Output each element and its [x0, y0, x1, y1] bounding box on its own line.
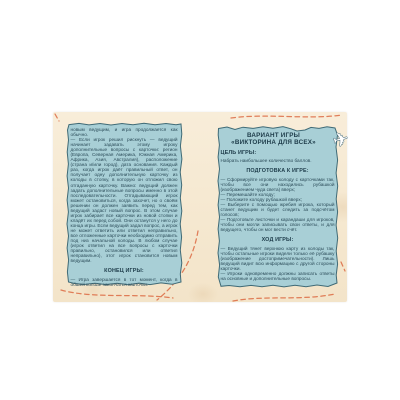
left-page-panel: новым ведущим, и игра продолжается как о…	[65, 122, 183, 286]
variant-title-line1: ВАРИАНТ ИГРЫ	[223, 132, 325, 140]
risk-rules-paragraph: — Если игрок решил рискнуть — ведущий на…	[71, 137, 178, 263]
instruction-leaflet-photo: новым ведущим, и игра продолжается как о…	[53, 112, 347, 302]
end-of-game-bullet: — Игра завершается в тот момент, когда в…	[71, 277, 178, 286]
gameplay-heading: ХОД ИГРЫ:	[221, 237, 335, 243]
gameplay-bullet: — Игроки одновременно должны записать от…	[221, 271, 335, 281]
product-photo-canvas: новым ведущим, и игра продолжается как о…	[0, 0, 400, 400]
goal-text: Набрать наибольшее количество баллов.	[221, 158, 335, 163]
goal-heading: ЦЕЛЬ ИГРЫ:	[221, 150, 335, 156]
route-dash-top	[231, 115, 342, 118]
variant-title-line2: «ВИКТОРИНА ДЛЯ ВСЕХ»	[223, 139, 325, 147]
route-dash-bottom-left	[61, 290, 173, 298]
route-dash-right-tick	[341, 262, 345, 271]
left-page-text: новым ведущим, и игра продолжается как о…	[65, 122, 183, 286]
end-of-game-heading: КОНЕЦ ИГРЫ:	[71, 268, 178, 274]
gameplay-bullet: — Ведущий тянет верхнюю карту из колоды …	[221, 246, 335, 271]
preparation-bullet: — Подготовьте листочки и карандаши для и…	[221, 217, 335, 232]
right-page-text: ВАРИАНТ ИГРЫ «ВИКТОРИНА ДЛЯ ВСЕХ» ЦЕЛЬ И…	[215, 125, 340, 289]
route-dash-bottom-right	[233, 294, 335, 301]
preparation-bullet: — Сформируйте игровую колоду с карточкам…	[221, 177, 335, 192]
continuation-paragraph: новым ведущим, и игра продолжается как о…	[71, 127, 178, 137]
preparation-bullet: — Выберите с помощью жребия игрока, кото…	[221, 202, 335, 217]
variant-title: ВАРИАНТ ИГРЫ «ВИКТОРИНА ДЛЯ ВСЕХ»	[223, 132, 325, 147]
route-dash-left-tick	[55, 114, 59, 121]
preparation-heading: ПОДГОТОВКА К ИГРЕ:	[221, 168, 335, 174]
right-page-panel: ✈ ВАРИАНТ ИГРЫ «ВИКТОРИНА ДЛЯ ВСЕХ» ЦЕЛЬ…	[215, 125, 340, 289]
